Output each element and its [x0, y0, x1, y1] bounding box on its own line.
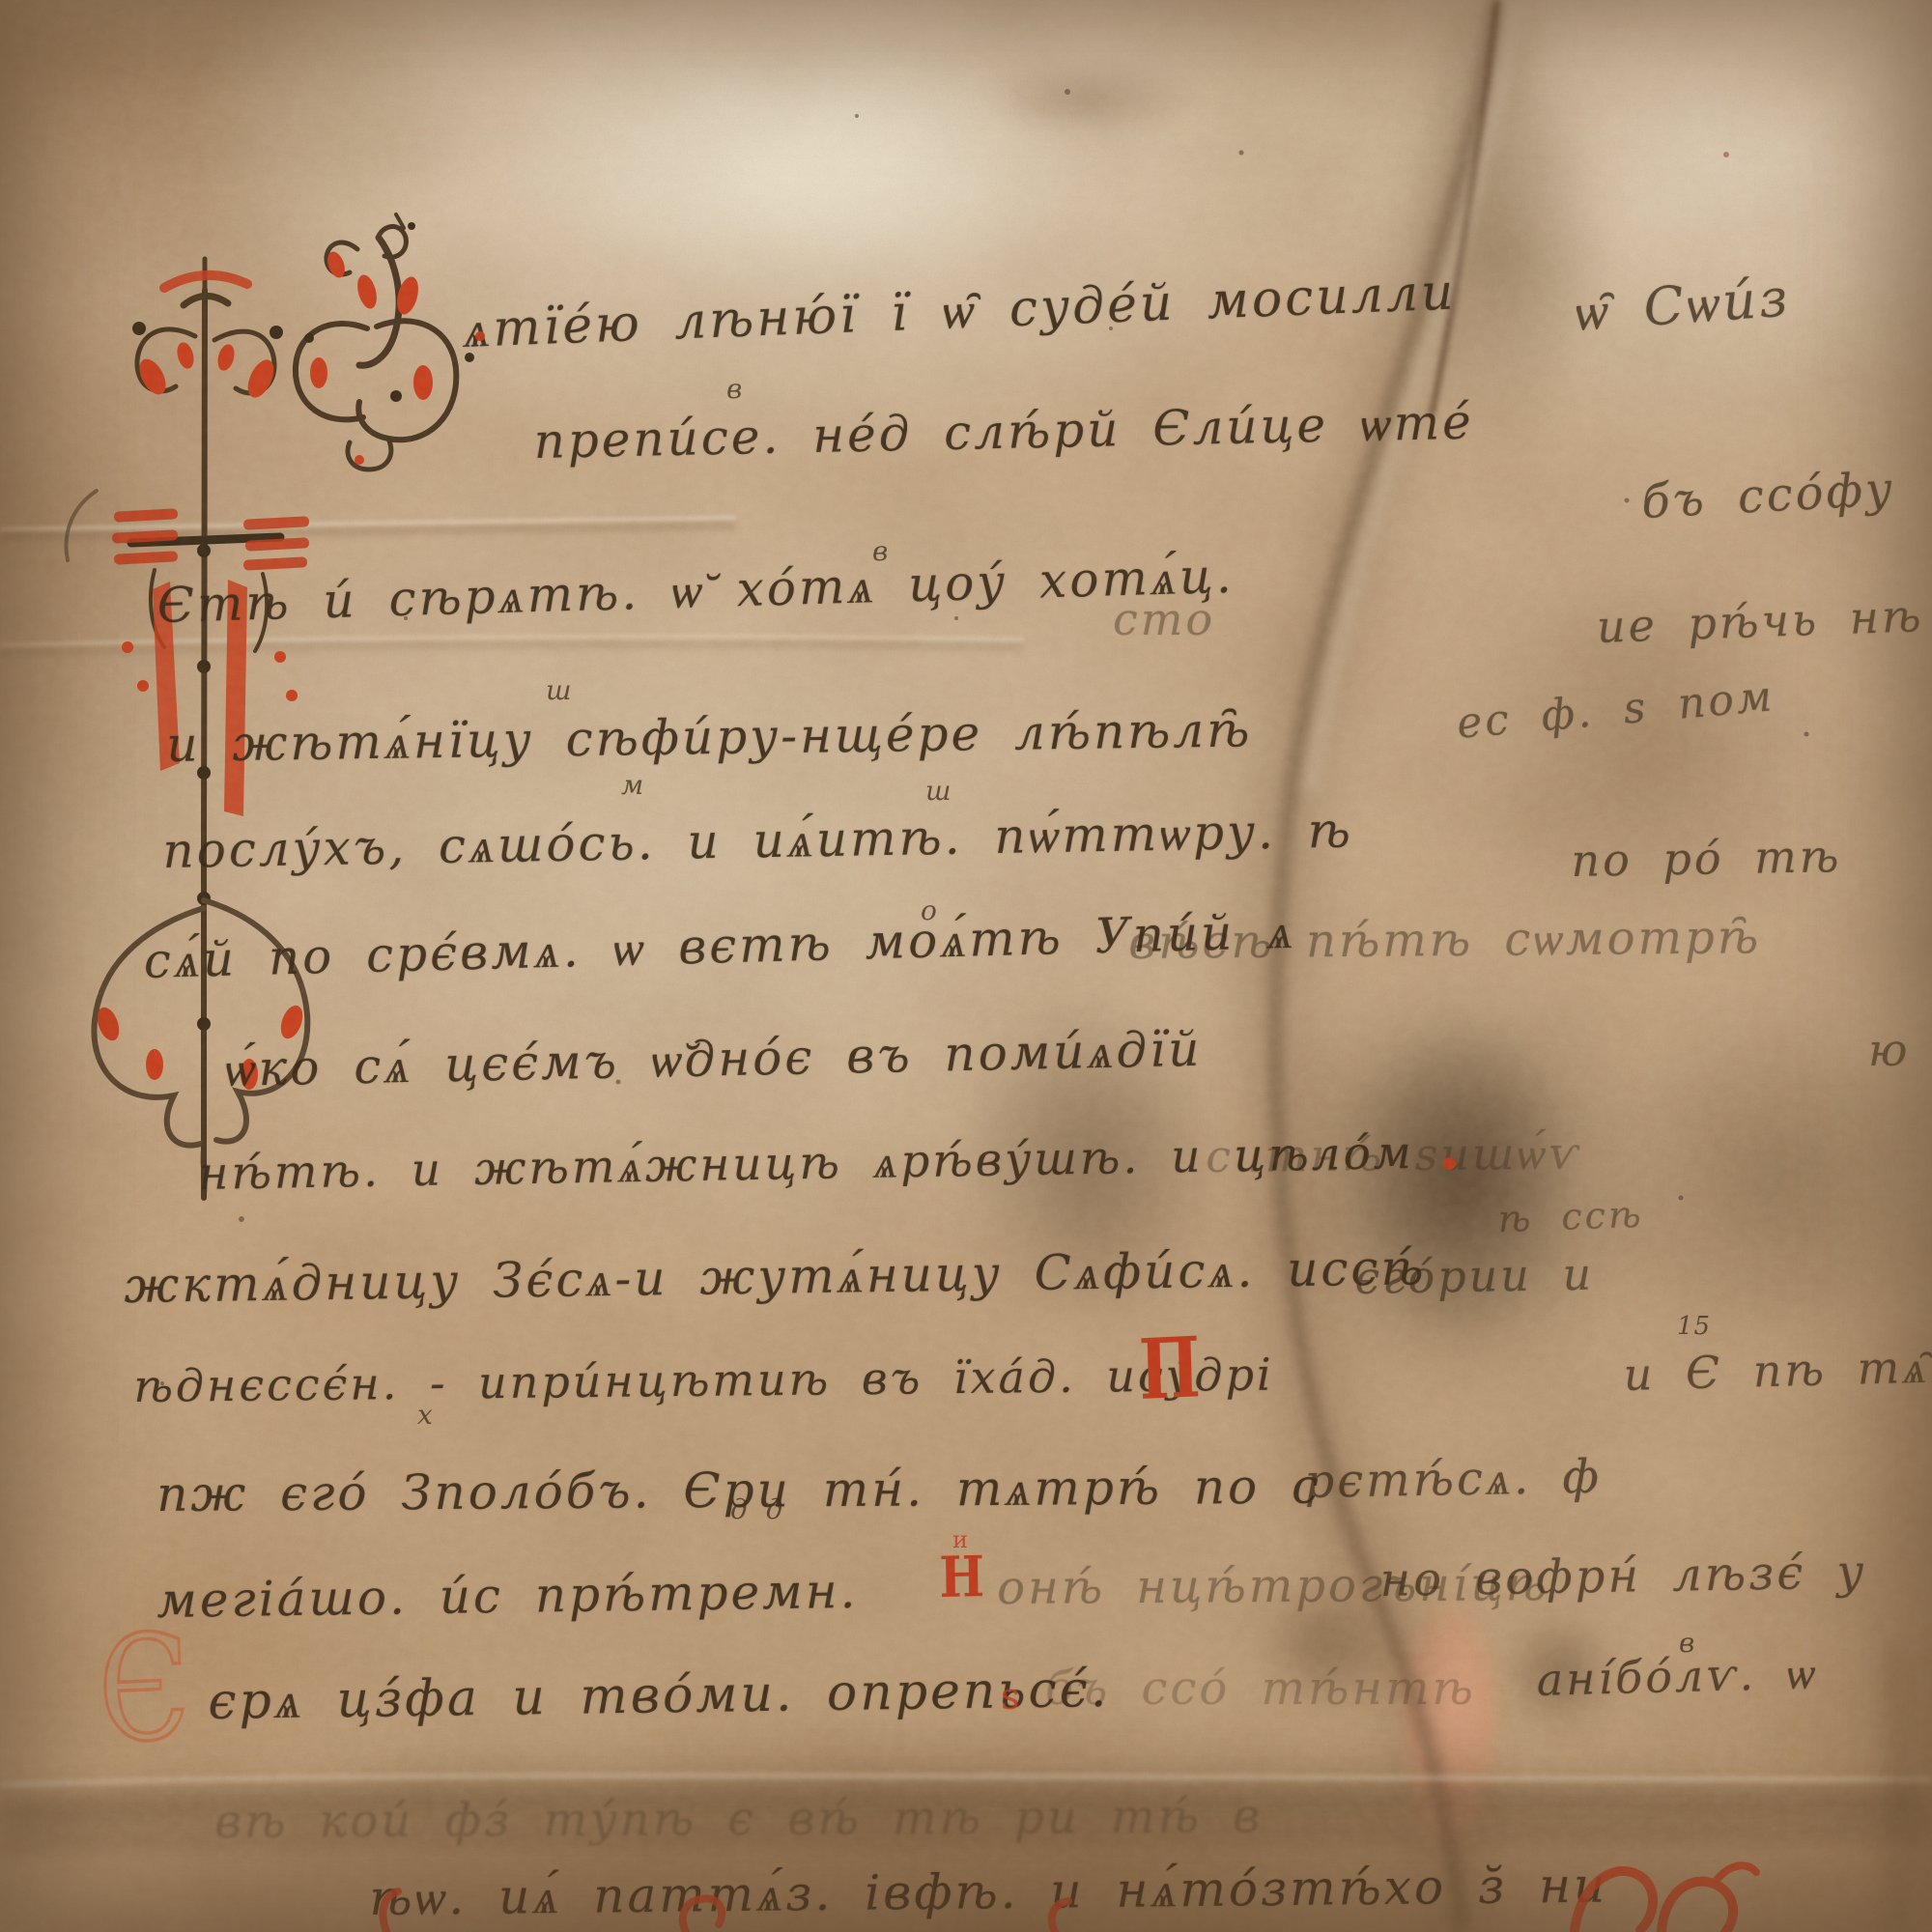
ink-blot-big: [1246, 971, 1671, 1396]
initial-antenna: [379, 226, 406, 257]
superscript-letter: ш: [925, 775, 952, 807]
stem-node: [197, 892, 211, 905]
horizontal-crease-1-shadow: [0, 526, 736, 537]
text-line: ѡ́ко сѧ́ цєє́мъ ѡ̆дно́є въ поми́ѧдїй: [224, 1021, 1203, 1097]
superscript-letter: в: [726, 373, 743, 405]
red-petal: [276, 1003, 306, 1042]
red-dot: [122, 641, 133, 653]
red-petal: [242, 355, 279, 401]
red-petal: [175, 340, 197, 370]
initial-dot: [408, 222, 415, 230]
bottom-fold-light: [0, 1776, 1932, 1785]
text-line: ѧтїе́ю лѣню́ї ї ѡ̑ суде́й мосилли: [462, 264, 1457, 359]
red-petal: [93, 1005, 123, 1044]
text-line: но вофрн́ лѣзє́ у: [1379, 1545, 1867, 1607]
red-petal: [310, 357, 327, 388]
red-outline-initial-e: Є: [97, 1615, 191, 1764]
text-line: ані́бо́лѵ. ѡ: [1536, 1646, 1819, 1706]
text-line-faint: сто: [1113, 593, 1215, 645]
red-petal: [215, 342, 238, 372]
red-dot: [137, 680, 149, 692]
top-mid-smudge: [980, 58, 1203, 139]
ornament-crossbar: [131, 537, 280, 543]
text-line: и жѣтѧ́нїцу сѣфи́ру-нще́ре лѣ́пѣлѣ̑: [166, 701, 1253, 773]
red-dot: [355, 455, 364, 465]
text-line: послу́хъ, сѧшо́сь. и иѧ́итѣ. пѡ́ттѡру. ѣ: [162, 802, 1353, 879]
manuscript-photo: ѧтїе́ю лѣню́ї ї ѡ̑ суде́й мосилли ѡ̑ Сѡи…: [0, 0, 1932, 1932]
stem-node: [197, 544, 211, 557]
red-comma-mark: ѕ: [1001, 1675, 1020, 1718]
text-line: препи́се. не́д слѣ́рй Єли́це ѡте́: [533, 394, 1474, 469]
red-triple-bars-right: [243, 516, 309, 570]
red-triple-bars-left: [112, 508, 178, 564]
ornament-top-red-arc: [164, 275, 247, 288]
superscript-letter: х: [417, 1399, 434, 1431]
text-line: ѣднєссє́н. - ипри́нцѣтиѣ въ їха́д. ису́д…: [133, 1349, 1274, 1412]
red-petal: [393, 274, 422, 317]
superscript-letter: в: [1679, 1627, 1695, 1659]
red-dot: [274, 651, 286, 663]
text-line: ѣѡ. иѧ́ паттѧ́з. івфѣ. и нѧ́то́зтѣ́хо з̆…: [369, 1858, 1608, 1926]
text-line-faint: вѣ́сѣ пѣ́тѣ сѡмотрѣ̑: [1128, 910, 1761, 970]
text-line: сѧ́й по срє́вмѧ. ѡ вєтѣ моѧ́тѣ Упи́й ѧ: [143, 903, 1296, 989]
initial-left-bowl: [296, 324, 367, 419]
text-line-faint: ѣ ссѣ: [1497, 1193, 1644, 1240]
red-initial-n: Н: [939, 1548, 984, 1605]
red-dot: [286, 690, 298, 701]
initial-stem: [359, 238, 399, 365]
ornament-dot: [270, 326, 283, 339]
text-line: жктѧ́дницу Зє́сѧ-и жутѧ́ницу Сѧфи́сѧ. ис…: [124, 1239, 1427, 1314]
parchment-hole-lower: [1399, 1766, 1493, 1855]
text-line: бъ ссо́фу: [1640, 462, 1896, 529]
text-line: рєтѣ́сѧ. ф: [1304, 1450, 1602, 1509]
text-line: єрѧ цз́фа и тво́ми. опрепьсє́.: [208, 1661, 1110, 1731]
horizontal-crease-2-shadow: [0, 644, 1024, 653]
red-flourish-big-right-loop: [1662, 1882, 1733, 1932]
ornament-dot: [132, 322, 146, 335]
red-initial-p: П: [1138, 1326, 1202, 1412]
red-period-dot: [1443, 1157, 1456, 1170]
initial-bottom-flourish: [348, 439, 391, 469]
superscript-letter: м: [621, 769, 644, 801]
initial-antenna-tick: [396, 214, 404, 228]
text-line: Єтѣ и́ сѣрѧтѣ. ѡ̆ хо́тѧ цоу́ хотѧ́ц.: [156, 548, 1235, 634]
text-line: ес ф. ѕ пом: [1455, 671, 1776, 749]
text-line-faint: бъ ссо́ тѣ́нтѣ: [1045, 1662, 1476, 1716]
stem-node: [197, 1017, 211, 1031]
horizontal-crease-1-light: [0, 518, 736, 529]
superscript-number: 15: [1677, 1312, 1711, 1341]
red-petal: [355, 272, 381, 310]
ornament-curl-upper-left: [137, 329, 195, 391]
initial-dot: [304, 333, 314, 343]
initial-dot: [390, 390, 402, 402]
superscript-letter: д д: [730, 1493, 783, 1525]
text-line: ѡ̑ Сѡи́з: [1573, 267, 1792, 342]
ornament-top-cap: [184, 296, 228, 305]
text-line-faint: вѣ кои́ фз́ ту́пѣ є вѣ́ тѣ ри тѣ́ в: [214, 1789, 1263, 1849]
red-petal: [413, 365, 433, 400]
text-line: по ро́ тѣ: [1571, 830, 1842, 887]
horizontal-crease-2-light: [0, 637, 1024, 645]
text-line-faint: єго́рии и: [1354, 1248, 1595, 1304]
ornament-far-left-curl: [66, 491, 97, 560]
red-flourish-big-tail: [1714, 1865, 1756, 1884]
vertical-fold-top-dark: [1432, 0, 1497, 415]
text-line: ие рѣ́чь нѣ: [1596, 589, 1924, 653]
text-line: мегіа́шо. и́с прѣ́тремн.: [156, 1563, 859, 1629]
text-line-faint: ситнѣ́ ѕишѡ́ѵ: [1206, 1127, 1581, 1182]
initial-left-curl: [327, 242, 357, 274]
superscript-letter: ш: [546, 674, 573, 706]
text-line: ю .: [1868, 1024, 1932, 1076]
superscript-letter: в: [872, 535, 889, 567]
right-edge-crease: [1895, 1642, 1899, 1932]
ornament-curl-upper-right: [214, 331, 274, 393]
text-line: и Є пѣ тѧ̑ мє: [1623, 1338, 1932, 1401]
superscript-letter: о: [921, 895, 938, 926]
red-superscript-i: и: [952, 1526, 968, 1553]
stem-node: [197, 660, 211, 673]
pale-center-patch: [502, 58, 1121, 290]
initial-right-bowl: [358, 321, 456, 440]
red-petal: [146, 1049, 163, 1080]
red-petal: [134, 355, 171, 399]
red-petal: [325, 249, 349, 280]
